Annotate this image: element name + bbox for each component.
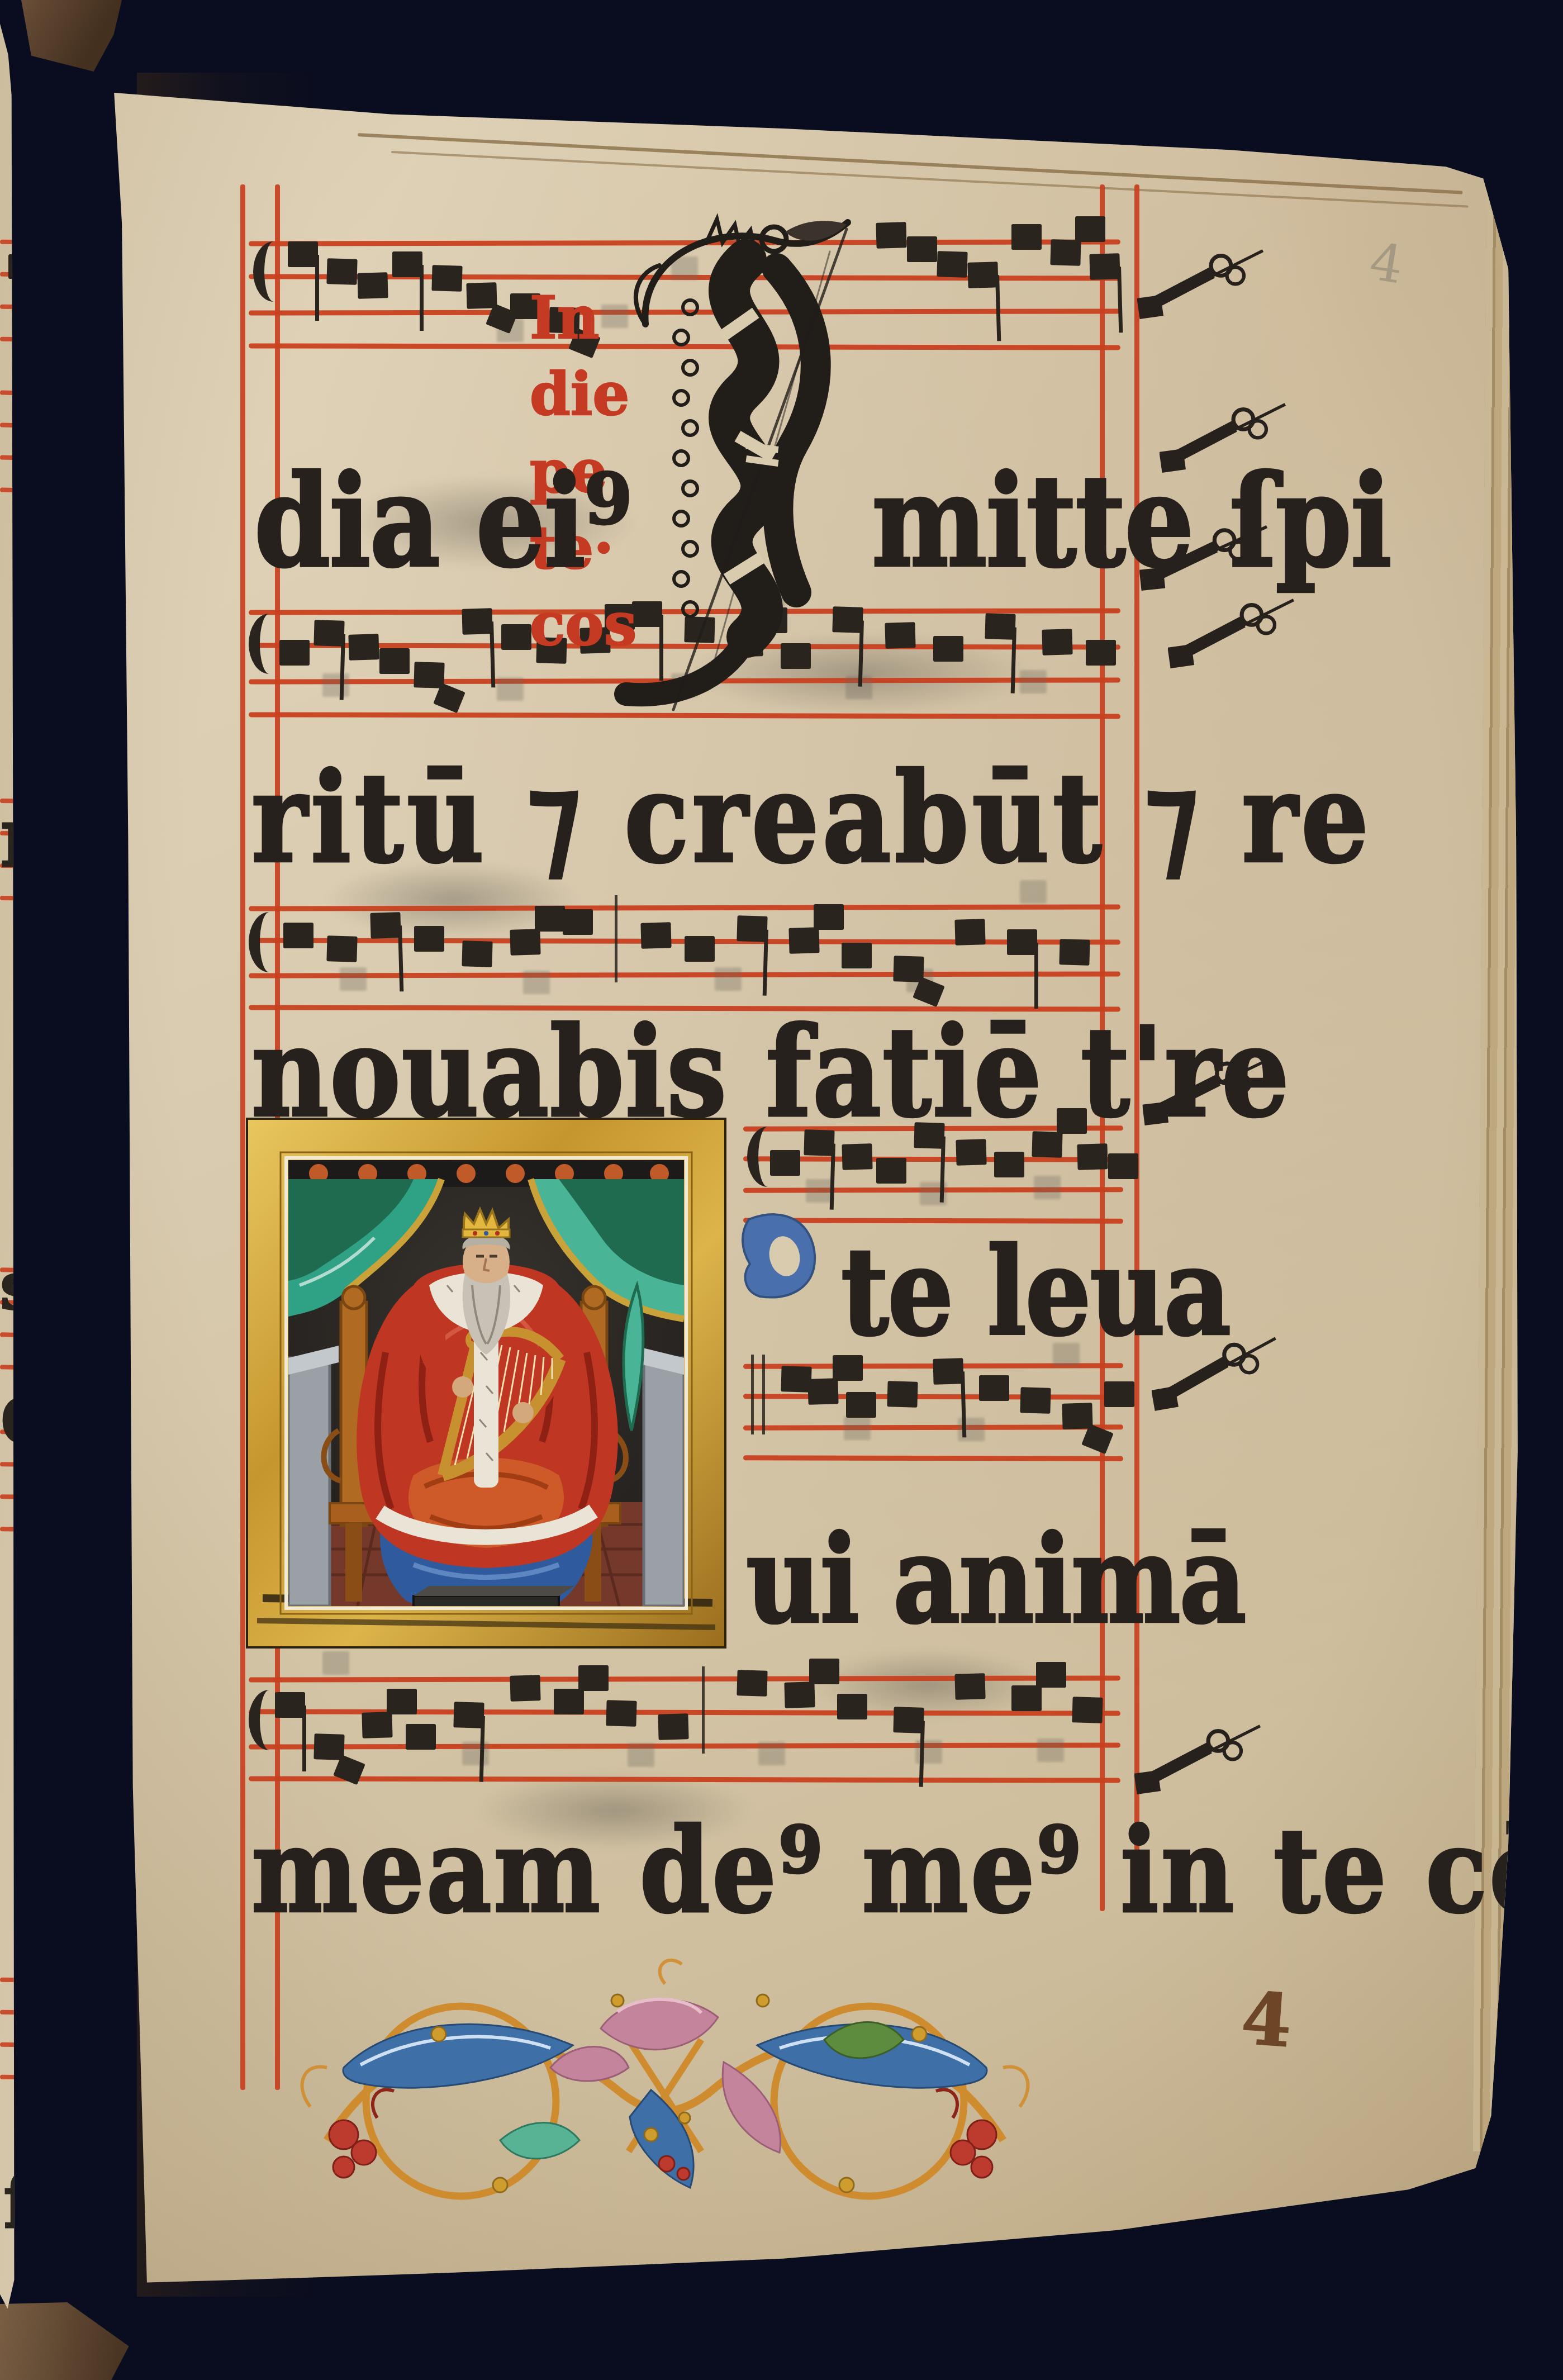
note bbox=[510, 929, 540, 955]
note bbox=[327, 935, 358, 962]
note bbox=[1062, 1403, 1093, 1429]
verso-note bbox=[22, 1453, 50, 1478]
note-stem bbox=[420, 265, 424, 331]
note bbox=[814, 904, 844, 930]
note bbox=[563, 909, 593, 935]
note bbox=[907, 236, 937, 262]
staff-line bbox=[743, 1156, 1123, 1162]
note bbox=[606, 1700, 636, 1726]
note bbox=[846, 1392, 876, 1418]
note bbox=[554, 1689, 584, 1714]
custos-flourish bbox=[1142, 1055, 1273, 1132]
note bbox=[387, 1689, 417, 1714]
note bbox=[501, 624, 531, 650]
staff-line bbox=[743, 1394, 1123, 1399]
verso-staff-line bbox=[0, 2010, 92, 2016]
note bbox=[954, 1673, 985, 1699]
binding-leather-bottom bbox=[0, 2296, 146, 2380]
note bbox=[685, 936, 715, 962]
division-bar bbox=[762, 1355, 765, 1434]
note bbox=[781, 1366, 811, 1392]
clef-mark bbox=[249, 614, 283, 674]
note bbox=[362, 1712, 392, 1738]
division-bar bbox=[751, 1355, 754, 1434]
note-stem bbox=[1034, 943, 1038, 1009]
note bbox=[785, 1681, 815, 1708]
folio-number-ink: 4 bbox=[1239, 1977, 1294, 2064]
note bbox=[770, 1150, 800, 1176]
floral-border bbox=[260, 1950, 1070, 2224]
folio-number-pencil: 4 bbox=[1366, 231, 1408, 296]
note bbox=[967, 262, 998, 288]
ghost-note bbox=[806, 1179, 833, 1203]
custos-flourish bbox=[1168, 598, 1298, 673]
note bbox=[453, 1702, 484, 1728]
note bbox=[894, 1707, 924, 1733]
note bbox=[1011, 1685, 1042, 1711]
cadel-initial-E bbox=[606, 207, 869, 726]
verso-staff-line bbox=[0, 488, 95, 494]
binding-leather-top bbox=[21, 0, 122, 72]
note bbox=[462, 608, 493, 634]
note-stem bbox=[479, 1716, 484, 1782]
ghost-note bbox=[340, 967, 367, 991]
note bbox=[392, 251, 422, 277]
verso-margin-rule bbox=[68, 84, 92, 2277]
note-stem bbox=[302, 1706, 306, 1771]
ghost-note bbox=[322, 1651, 349, 1675]
verso-margin-rule bbox=[38, 78, 70, 2274]
note bbox=[1072, 1697, 1103, 1723]
note bbox=[466, 282, 497, 308]
verso-staff-line bbox=[0, 391, 95, 397]
staff-line bbox=[743, 1455, 1123, 1461]
verso-note bbox=[50, 1484, 78, 1508]
staff-3 bbox=[249, 905, 1120, 1011]
manuscript-page: In die pe te· cos bbox=[0, 0, 1563, 2380]
note-stem bbox=[1117, 267, 1123, 332]
note bbox=[876, 222, 907, 248]
verso-staff-line bbox=[0, 1267, 112, 1274]
clef-mark bbox=[249, 912, 283, 972]
verso-note bbox=[53, 411, 81, 435]
note bbox=[462, 940, 493, 967]
verso-note bbox=[39, 1285, 67, 1310]
lombard-initial-blue bbox=[737, 1207, 823, 1302]
note-stem bbox=[315, 255, 319, 321]
ghost-note bbox=[844, 1417, 871, 1440]
note bbox=[837, 1694, 867, 1719]
verso-staff-line bbox=[0, 423, 95, 429]
verso-staff-line bbox=[0, 1462, 120, 1469]
note bbox=[885, 622, 915, 648]
verso-rubric-fragment: ur̄ bbox=[27, 1180, 91, 1229]
verso-staff-line bbox=[0, 1978, 92, 1984]
ghost-note bbox=[758, 1742, 785, 1765]
page-stack-edge bbox=[358, 133, 1463, 194]
ghost-note bbox=[322, 673, 349, 697]
verso-note bbox=[34, 1995, 61, 2020]
note bbox=[357, 272, 388, 298]
ghost-note bbox=[628, 1744, 654, 1767]
note bbox=[349, 634, 379, 660]
note bbox=[809, 1659, 839, 1684]
note bbox=[1086, 640, 1116, 666]
note bbox=[288, 241, 318, 267]
note bbox=[283, 923, 313, 948]
miniature-king-david bbox=[246, 1118, 726, 1649]
chant-line-1-right: mitte ſpi bbox=[872, 447, 1391, 596]
chant-line-5: ui animā bbox=[746, 1509, 1245, 1650]
custos-flourish bbox=[1150, 1336, 1282, 1415]
note bbox=[1051, 239, 1081, 265]
note bbox=[313, 620, 344, 647]
ghost-note bbox=[497, 677, 524, 701]
chant-line-6: meam de⁹ me⁹ in te cō bbox=[251, 1802, 1559, 1939]
custos-flourish bbox=[1137, 249, 1267, 324]
staff-line bbox=[249, 1742, 1120, 1749]
note bbox=[1036, 1662, 1066, 1688]
clef-mark bbox=[253, 241, 288, 302]
note bbox=[737, 1670, 767, 1696]
note-stem bbox=[490, 621, 495, 687]
note bbox=[842, 943, 872, 968]
note bbox=[954, 919, 985, 945]
note bbox=[535, 906, 565, 932]
note bbox=[937, 251, 968, 278]
note bbox=[313, 1733, 344, 1760]
chant-line-2: ritū ⁊ creabūt ⁊ re bbox=[251, 746, 1372, 891]
note bbox=[1075, 216, 1105, 242]
note bbox=[737, 915, 767, 942]
note bbox=[789, 927, 820, 953]
note bbox=[327, 258, 358, 284]
ghost-note bbox=[523, 971, 550, 994]
ghost-note bbox=[715, 967, 742, 991]
verso-note bbox=[34, 282, 61, 307]
note bbox=[431, 265, 462, 291]
note bbox=[640, 922, 671, 948]
ghost-note bbox=[1037, 1738, 1064, 1762]
staff-line bbox=[249, 904, 1120, 911]
note bbox=[279, 640, 310, 666]
division-bar bbox=[615, 895, 617, 982]
verso-staff-line bbox=[0, 337, 84, 343]
division-bar bbox=[702, 1666, 705, 1754]
note bbox=[994, 1152, 1024, 1177]
verso-staff-line bbox=[0, 2042, 92, 2049]
note bbox=[979, 1375, 1009, 1401]
note bbox=[1090, 253, 1120, 279]
staff-line bbox=[249, 971, 1120, 978]
note-stem bbox=[762, 930, 768, 996]
note bbox=[876, 1158, 906, 1184]
note bbox=[1059, 939, 1090, 965]
note bbox=[1077, 1143, 1108, 1170]
verso-text-fragment: qm̄ bbox=[0, 1374, 145, 1452]
note bbox=[1042, 629, 1072, 655]
verso-staff-line bbox=[0, 272, 84, 278]
ghost-note bbox=[1020, 670, 1047, 693]
note bbox=[510, 1675, 540, 1701]
custos-flourish bbox=[1134, 1724, 1264, 1799]
note bbox=[933, 636, 963, 662]
custos-flourish bbox=[1139, 520, 1271, 600]
note bbox=[1104, 1381, 1134, 1407]
verso-note bbox=[8, 254, 36, 279]
note-stem bbox=[1011, 628, 1016, 693]
verso-text-fragment: ficʒ bbox=[3, 2167, 144, 2237]
note bbox=[578, 1665, 609, 1691]
note bbox=[985, 613, 1016, 639]
ghost-note bbox=[462, 1742, 489, 1765]
note-stem bbox=[995, 275, 1001, 341]
staff-5 bbox=[743, 1364, 1123, 1461]
verso-staff-line bbox=[0, 1429, 120, 1436]
staff-line bbox=[249, 1675, 1120, 1682]
verso-note bbox=[17, 821, 45, 846]
verso-staff-line bbox=[0, 1494, 120, 1501]
verso-note bbox=[61, 2023, 89, 2048]
note bbox=[1020, 1387, 1051, 1413]
custos-flourish bbox=[1160, 402, 1289, 477]
note-stem bbox=[398, 925, 403, 991]
verso-staff-line bbox=[0, 1300, 112, 1306]
note bbox=[1007, 929, 1037, 955]
note bbox=[1011, 224, 1042, 250]
verso-text-fragment: s bbox=[0, 1255, 37, 1317]
note bbox=[887, 1381, 918, 1407]
note bbox=[658, 1713, 689, 1740]
verso-text-fragment: ıc bbox=[0, 798, 82, 877]
note bbox=[807, 1378, 838, 1404]
verso-staff-line bbox=[0, 1365, 112, 1371]
page-stack-edge bbox=[391, 151, 1469, 208]
verso-staff-line bbox=[0, 305, 84, 311]
verso-staff-line bbox=[0, 455, 95, 462]
note bbox=[379, 648, 410, 674]
chant-line-1-left: dia ei⁹ bbox=[254, 447, 631, 596]
note bbox=[414, 662, 445, 688]
note bbox=[414, 926, 444, 952]
note bbox=[406, 1724, 436, 1750]
note bbox=[842, 1143, 872, 1170]
note bbox=[370, 912, 401, 938]
note-stem bbox=[829, 1144, 835, 1210]
verso-rubric-fragment: im̄ bbox=[30, 1236, 104, 1285]
note bbox=[275, 1692, 305, 1718]
verso-staff-line bbox=[0, 1527, 120, 1533]
verso-staff-line bbox=[0, 1332, 112, 1338]
ghost-note bbox=[1034, 1176, 1061, 1199]
verso-staff-line bbox=[0, 240, 84, 246]
left-margin-rule bbox=[240, 184, 245, 2090]
verso-staff-line bbox=[0, 896, 73, 901]
staff-line bbox=[249, 1776, 1120, 1783]
verso-staff-line bbox=[0, 2075, 92, 2081]
verso-note bbox=[67, 1313, 95, 1338]
note bbox=[1108, 1153, 1138, 1179]
staff-6 bbox=[249, 1676, 1120, 1783]
